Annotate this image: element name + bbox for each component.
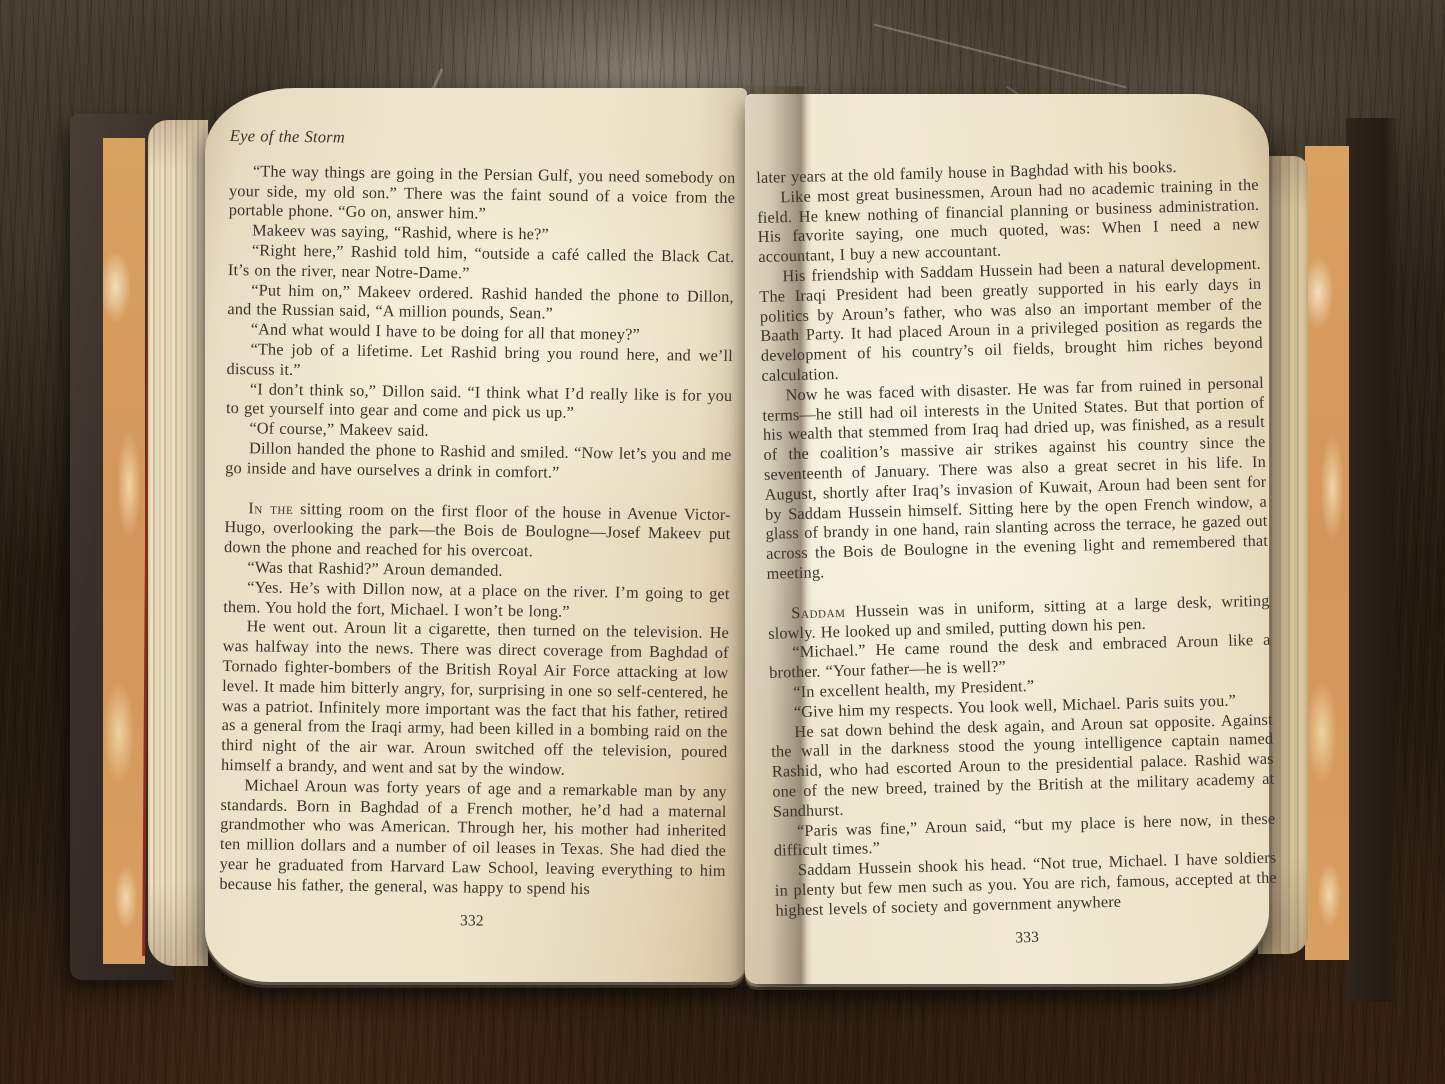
wood-scratch-line xyxy=(874,24,1127,89)
paragraph: “The job of a lifetime. Let Rashid bring… xyxy=(226,339,733,386)
book-cover-right-edge xyxy=(1346,118,1400,1002)
paragraph: Like most great businessmen, Aroun had n… xyxy=(757,175,1261,267)
paragraph: He went out. Aroun lit a cigarette, then… xyxy=(221,616,729,781)
photo-of-open-book-on-wood-table: Eye of the Storm “The way things are goi… xyxy=(0,0,1445,1084)
paragraph: Now he was faced with disaster. He was f… xyxy=(762,373,1269,584)
page-edges-left-stack xyxy=(148,120,208,966)
paragraph: His friendship with Saddam Hussein had b… xyxy=(759,254,1264,386)
paragraph: Dillon handed the phone to Rashid and sm… xyxy=(225,438,732,485)
paragraph: “I don’t think so,” Dillon said. “I thin… xyxy=(226,379,733,426)
paragraph: He sat down behind the desk again, and A… xyxy=(771,709,1275,821)
marbled-endpaper-right xyxy=(1305,146,1349,960)
paragraph-section-start: In the sitting room on the first floor o… xyxy=(224,498,731,564)
paragraph: “The way things are going in the Persian… xyxy=(229,161,736,227)
right-page-text-column: later years at the old family house in B… xyxy=(756,155,1278,955)
paragraph: Michael Aroun was forty years of age and… xyxy=(219,775,727,901)
left-page-text-column: Eye of the Storm “The way things are goi… xyxy=(219,126,736,935)
paragraph: Saddam Hussein shook his head. “Not true… xyxy=(774,848,1277,921)
open-book: Eye of the Storm “The way things are goi… xyxy=(60,80,1400,1010)
marbled-endpaper-left xyxy=(103,138,145,964)
